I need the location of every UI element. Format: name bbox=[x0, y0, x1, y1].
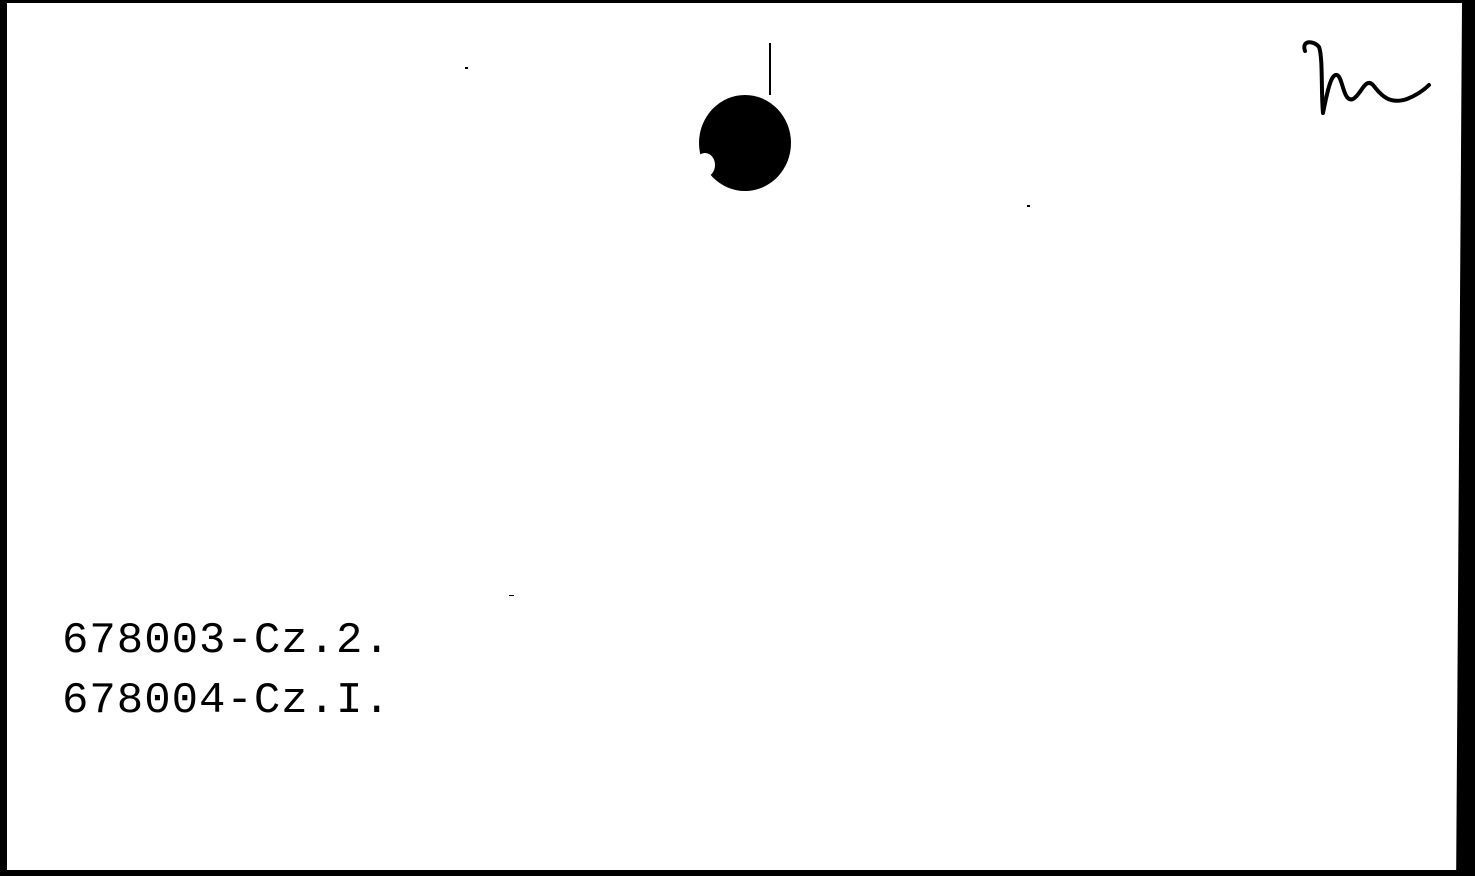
scan-mark bbox=[769, 43, 771, 95]
speck bbox=[465, 67, 468, 69]
catalog-entry: 678003-Cz.2. bbox=[62, 611, 391, 671]
punch-hole bbox=[699, 95, 791, 191]
speck bbox=[509, 595, 514, 596]
punch-hole-notch bbox=[695, 153, 715, 177]
speck bbox=[1027, 205, 1030, 207]
catalog-entry: 678004-Cz.I. bbox=[62, 671, 391, 731]
catalog-entries: 678003-Cz.2. 678004-Cz.I. bbox=[62, 611, 391, 731]
catalog-card: m 678003-Cz.2. 678004-Cz.I. bbox=[7, 3, 1462, 870]
handwritten-mark-icon bbox=[1297, 33, 1437, 123]
